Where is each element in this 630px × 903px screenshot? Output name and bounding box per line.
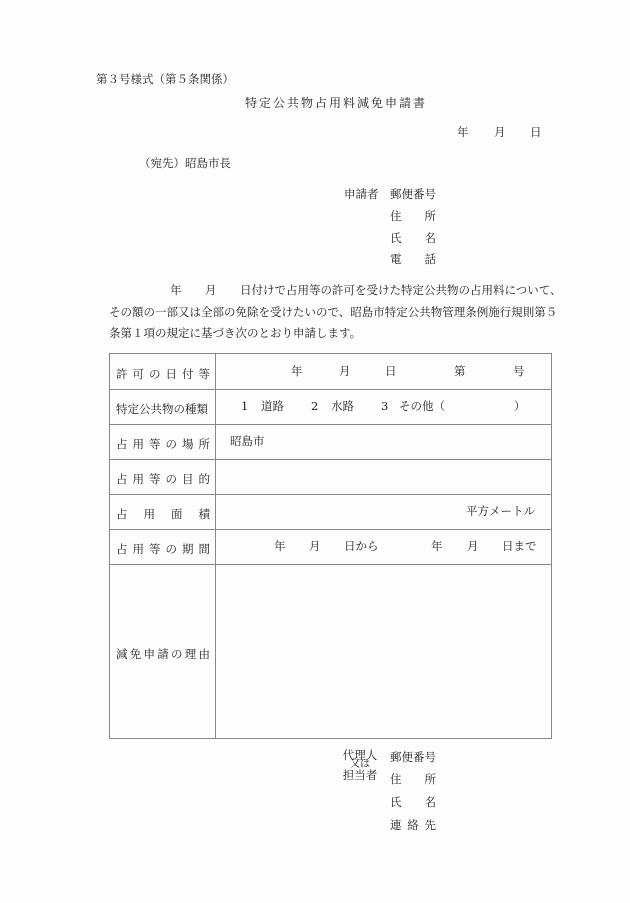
label-char: 占 <box>116 436 128 452</box>
row-divider <box>110 389 551 390</box>
label-char: の <box>149 366 161 382</box>
applicant-name-char-1: 氏 <box>390 233 402 245</box>
label-char: の <box>166 471 178 487</box>
label-char: の <box>166 541 178 557</box>
date-month-label: 月 <box>494 127 506 139</box>
applicant-address-char-1: 住 <box>390 211 402 223</box>
label-occupancy-area: 占 用 面 積 <box>116 506 210 522</box>
agent-name-char-2: 名 <box>425 797 437 809</box>
label-exemption-reason: 減 免 申 請 の 理 由 <box>116 646 210 662</box>
period-to-month: 月 <box>467 541 479 553</box>
permit-year: 年 <box>291 366 303 378</box>
label-char: 理 <box>185 646 197 662</box>
row-divider <box>110 564 551 565</box>
label-char: 所 <box>199 436 211 452</box>
statement-month: 月 <box>205 285 217 297</box>
applicant-label: 申請者 <box>344 189 379 201</box>
applicant-postal-label: 郵便番号 <box>390 189 436 201</box>
date-day-label: 日 <box>530 127 542 139</box>
applicant-address-char-2: 所 <box>425 211 437 223</box>
label-char: 用 <box>133 471 145 487</box>
row-divider <box>110 424 551 425</box>
statement-line-2: その額の一部又は全部の免除を受けたいので、昭島市特定公共物管理条例施行規則第５ <box>109 307 557 319</box>
label-text: 特定公共物の種類 <box>116 401 208 417</box>
application-table: 許 可 の 日 付 等 年 月 日 第 号 特定公共物の種類 1 道路 2 水路… <box>109 353 552 739</box>
place-field[interactable]: 昭島市 <box>230 436 265 448</box>
addressee: （宛先）昭島市長 <box>139 158 231 170</box>
label-char: 許 <box>116 366 128 382</box>
applicant-phone-label: 電 話 <box>390 254 436 266</box>
label-char: 占 <box>116 506 128 522</box>
period-to-year: 年 <box>431 541 443 553</box>
label-public-property-type: 特定公共物の種類 <box>116 401 210 417</box>
label-occupancy-purpose: 占 用 等 の 目 的 <box>116 471 210 487</box>
form-number: 第３号様式（第５条関係） <box>96 74 234 86</box>
period-from-month: 月 <box>309 541 321 553</box>
agent-contact-label: 連 絡 先 <box>390 820 436 832</box>
type-1-number: 1 <box>241 401 248 413</box>
applicant-phone-char-2: 話 <box>425 254 437 266</box>
label-char: 付 <box>182 366 194 382</box>
type-1-road[interactable]: 道路 <box>261 401 284 413</box>
period-from-year: 年 <box>274 541 286 553</box>
agent-address-char-2: 所 <box>425 774 437 786</box>
document-title: 特定公共物占用料減免申請書 <box>245 97 427 109</box>
label-char: 等 <box>149 471 161 487</box>
applicant-name-label: 氏 名 <box>390 233 436 245</box>
label-char: 免 <box>130 646 142 662</box>
statement-line-3: 条第１項の規定に基づき次のとおり申請します。 <box>109 328 361 340</box>
agent-postal-label: 郵便番号 <box>390 752 436 764</box>
row-divider <box>110 494 551 495</box>
label-char: 等 <box>199 366 211 382</box>
label-char: 可 <box>133 366 145 382</box>
agent-contact-char-1: 連 <box>390 820 402 832</box>
applicant-name-char-2: 名 <box>425 233 437 245</box>
applicant-address-label: 住 所 <box>390 211 436 223</box>
label-permit-date: 許 可 の 日 付 等 <box>116 366 210 382</box>
label-char: 用 <box>133 436 145 452</box>
permit-month: 月 <box>339 366 351 378</box>
period-to-day: 日まで <box>502 541 537 553</box>
area-unit: 平方メートル <box>466 506 535 518</box>
label-char: 間 <box>199 541 211 557</box>
period-from-day: 日から <box>344 541 379 553</box>
permit-number-prefix: 第 <box>454 366 466 378</box>
label-occupancy-period: 占 用 等 の 期 間 <box>116 541 210 557</box>
row-divider <box>110 529 551 530</box>
type-3-other[interactable]: その他（ <box>399 401 445 413</box>
agent-name-char-1: 氏 <box>390 797 402 809</box>
agent-name-label: 氏 名 <box>390 797 436 809</box>
type-3-number: 3 <box>381 401 388 413</box>
label-char: 請 <box>157 646 169 662</box>
agent-contact-char-2: 絡 <box>407 820 419 832</box>
agent-address-char-1: 住 <box>390 774 402 786</box>
applicant-phone-char-1: 電 <box>390 254 402 266</box>
label-char: 等 <box>149 541 161 557</box>
label-char: 日 <box>166 366 178 382</box>
reason-field[interactable] <box>220 569 545 734</box>
statement-line-1: 日付けで占用等の許可を受けた特定公共物の占用料について、 <box>240 285 562 297</box>
label-char: 的 <box>199 471 211 487</box>
label-char: 用 <box>133 541 145 557</box>
agent-contact-char-3: 先 <box>425 820 437 832</box>
label-char: 占 <box>116 471 128 487</box>
type-2-waterway[interactable]: 水路 <box>331 401 354 413</box>
permit-number-suffix: 号 <box>513 366 525 378</box>
statement-year: 年 <box>170 285 182 297</box>
agent-address-label: 住 所 <box>390 774 436 786</box>
agent-label: 代理人 又は 担当者 <box>340 750 380 780</box>
label-char: 期 <box>182 541 194 557</box>
permit-day: 日 <box>385 366 397 378</box>
label-char: 減 <box>116 646 128 662</box>
label-char: の <box>171 646 183 662</box>
label-occupancy-place: 占 用 等 の 場 所 <box>116 436 210 452</box>
label-char: 積 <box>199 506 211 522</box>
label-char: 面 <box>171 506 183 522</box>
agent-label-line-3: 担当者 <box>340 770 380 780</box>
label-char: 用 <box>144 506 156 522</box>
label-char: 占 <box>116 541 128 557</box>
type-3-close-paren: ） <box>514 401 526 413</box>
label-char: 目 <box>182 471 194 487</box>
column-divider <box>215 354 216 738</box>
label-char: 場 <box>182 436 194 452</box>
label-char: 等 <box>149 436 161 452</box>
label-char: の <box>166 436 178 452</box>
label-char: 由 <box>199 646 211 662</box>
row-divider <box>110 459 551 460</box>
label-char: 申 <box>144 646 156 662</box>
type-2-number: 2 <box>311 401 318 413</box>
date-year-label: 年 <box>457 127 469 139</box>
